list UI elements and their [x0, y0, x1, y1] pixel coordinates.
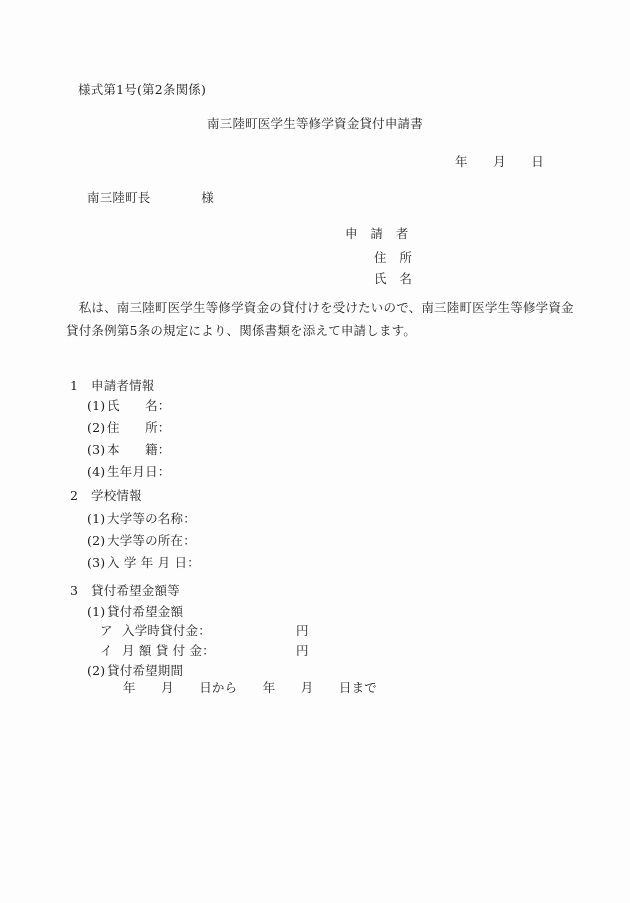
document-title: 南三陸町医学生等修学資金貸付申請書 — [0, 117, 630, 131]
form-number: 様式第1号(第2条関係) — [78, 83, 206, 97]
subitem-marker: イ — [100, 644, 113, 658]
item-label: 入 学 年 月 日： — [107, 556, 200, 570]
body-paragraph-line2: 貸付条例第5条の規定により、関係書類を添えて申請します。 — [66, 324, 416, 338]
item-label: 氏 名： — [107, 399, 171, 413]
item-marker: (3) — [87, 443, 105, 457]
item-marker: (4) — [87, 465, 105, 479]
item-marker: (1) — [87, 399, 105, 413]
currency-unit: 円 — [296, 644, 309, 658]
item-marker: (3) — [87, 556, 105, 570]
applicant-address-label: 住 所 — [374, 251, 412, 265]
item-label: 生年月日： — [107, 465, 171, 479]
period-blank-line: 年 月 日から 年 月 日まで — [123, 681, 377, 695]
item-marker: (2) — [87, 534, 105, 548]
item-marker: (1) — [87, 605, 105, 619]
currency-unit: 円 — [296, 624, 309, 638]
item-marker: (2) — [87, 664, 105, 678]
section-3-title: 貸付希望金額等 — [91, 584, 180, 598]
section-3-number: 3 — [70, 584, 78, 598]
section-2-number: 2 — [70, 489, 78, 503]
subitem-marker: ア — [100, 624, 113, 638]
applicant-heading: 申 請 者 — [345, 227, 409, 241]
item-label: 貸付希望期間 — [107, 664, 183, 678]
item-label: 本 籍： — [107, 443, 171, 457]
subitem-label: 入学時貸付金： — [122, 624, 211, 638]
document-page: 様式第1号(第2条関係) 南三陸町医学生等修学資金貸付申請書 年 月 日 南三陸… — [0, 0, 630, 903]
date-blank-line: 年 月 日 — [455, 155, 544, 169]
item-marker: (1) — [87, 512, 105, 526]
addressee-line: 南三陸町長 様 — [87, 191, 214, 205]
subitem-label: 月 額 貸 付 金： — [122, 644, 215, 658]
item-label: 貸付希望金額 — [107, 605, 183, 619]
item-marker: (2) — [87, 421, 105, 435]
section-1-number: 1 — [70, 379, 78, 393]
section-1-title: 申請者情報 — [91, 379, 155, 393]
item-label: 住 所： — [107, 421, 171, 435]
section-2-title: 学校情報 — [91, 489, 142, 503]
item-label: 大学等の所在： — [107, 534, 196, 548]
item-label: 大学等の名称： — [107, 512, 196, 526]
applicant-name-label: 氏 名 — [374, 272, 412, 286]
body-paragraph-line1: 私は、南三陸町医学生等修学資金の貸付けを受けたいので、南三陸町医学生等修学資金 — [66, 301, 574, 315]
